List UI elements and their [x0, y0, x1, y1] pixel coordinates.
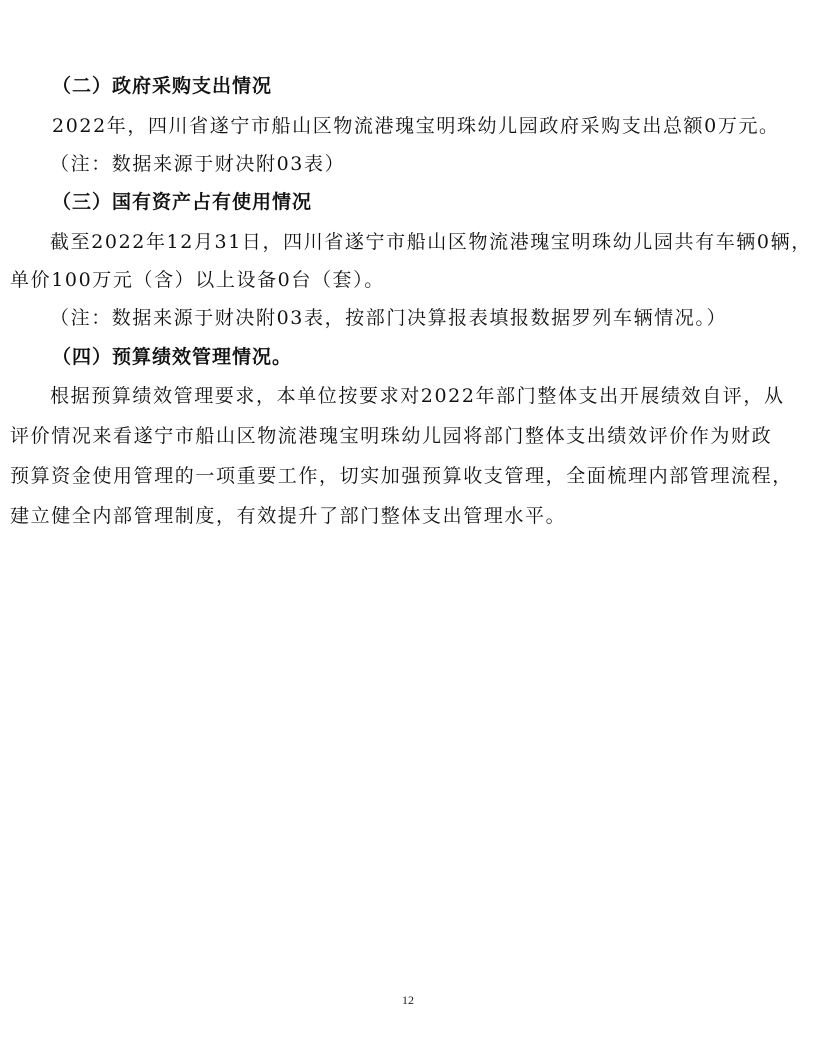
- paragraph-performance-line-1: 根据预算绩效管理要求，本单位按要求对2022年部门整体支出开展绩效自评，从: [50, 384, 816, 408]
- paragraph-performance-line-2: 评价情况来看遂宁市船山区物流港瑰宝明珠幼儿园将部门整体支出绩效评价作为财政: [10, 424, 810, 448]
- section-heading-state-assets: （三）国有资产占有使用情况: [52, 190, 816, 214]
- document-page: （二）政府采购支出情况 2022年，四川省遂宁市船山区物流港瑰宝明珠幼儿园政府采…: [0, 0, 816, 1056]
- section-heading-performance-management: （四）预算绩效管理情况。: [52, 345, 816, 369]
- paragraph-performance-line-4: 建立健全内部管理制度，有效提升了部门整体支出管理水平。: [10, 504, 810, 528]
- note-procurement-source: （注：数据来源于财决附03表）: [50, 152, 816, 176]
- section-heading-government-procurement: （二）政府采购支出情况: [52, 74, 816, 98]
- note-assets-source: （注：数据来源于财决附03表，按部门决算报表填报数据罗列车辆情况。）: [50, 306, 816, 330]
- paragraph-assets-line-1: 截至2022年12月31日，四川省遂宁市船山区物流港瑰宝明珠幼儿园共有车辆0辆，: [50, 230, 816, 254]
- paragraph-performance-line-3: 预算资金使用管理的一项重要工作，切实加强预算收支管理，全面梳理内部管理流程，: [10, 464, 810, 488]
- paragraph-procurement-total: 2022年，四川省遂宁市船山区物流港瑰宝明珠幼儿园政府采购支出总额0万元。: [52, 114, 816, 138]
- paragraph-assets-line-2: 单价100万元（含）以上设备0台（套）。: [10, 268, 810, 292]
- page-number: 12: [0, 993, 816, 1008]
